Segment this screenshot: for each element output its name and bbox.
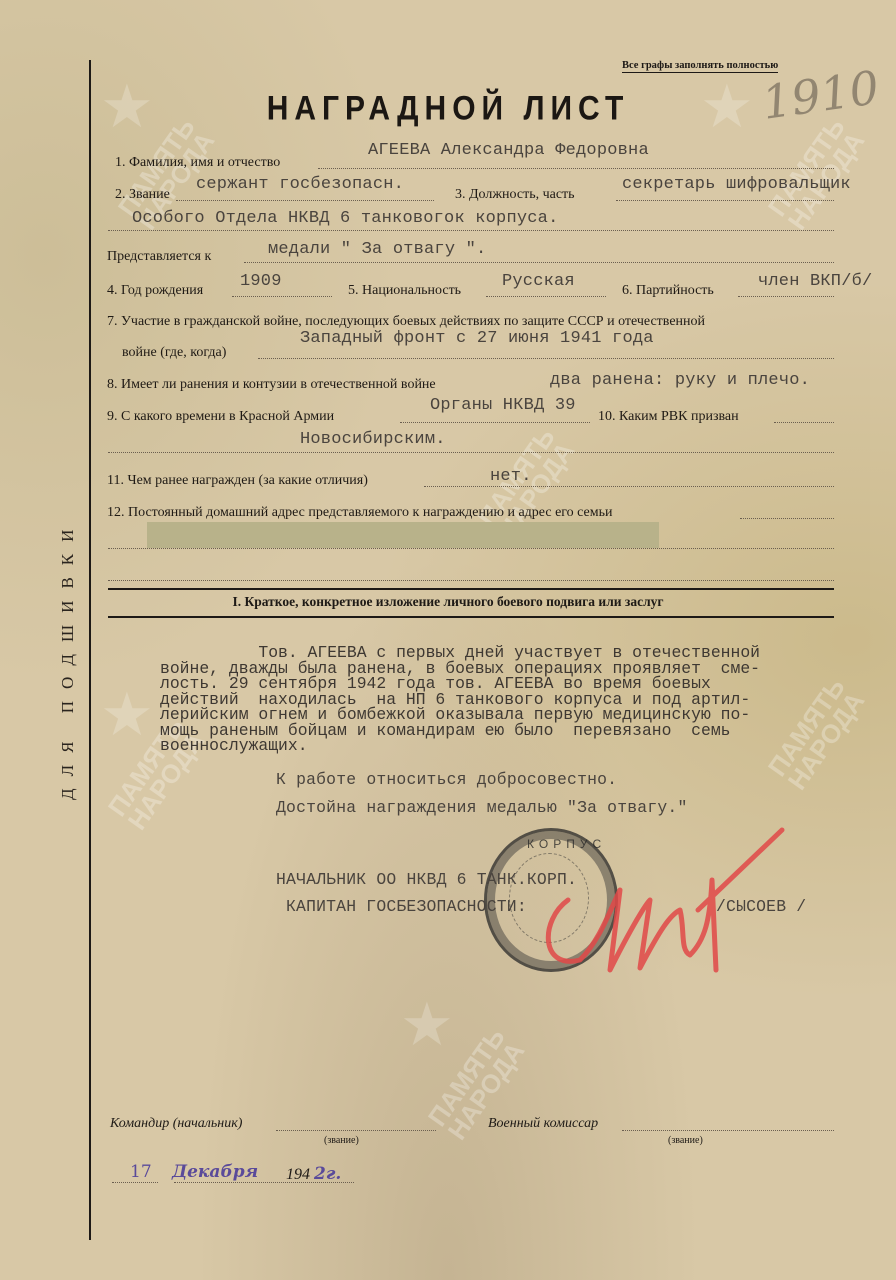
field-5-value: Русская (502, 272, 575, 291)
field-9-label: 9. С какого времени в Красной Армии (107, 409, 334, 425)
commissar-label: Военный комиссар (488, 1116, 598, 1132)
field-5-label: 5. Национальность (348, 283, 461, 299)
field-3-value-cont: Особого Отдела НКВД 6 танковогок корпуса… (132, 209, 558, 228)
field-1-value: АГЕЕВА Александра Федоровна (368, 141, 649, 160)
field-4-value: 1909 (240, 272, 282, 291)
section-heading: I. Краткое, конкретное изложение личного… (0, 594, 896, 610)
field-6-line (738, 296, 834, 297)
field-2-value: сержант госбезопасн. (196, 175, 404, 194)
work-attitude: К работе относиться добросовестно. (276, 770, 617, 789)
field-10-line (774, 422, 834, 423)
signer-title-2: КАПИТАН ГОСБЕЗОПАСНОСТИ: (286, 897, 527, 916)
field-3-line (616, 200, 834, 201)
field-3-line-2 (108, 230, 834, 231)
field-3-label: 3. Должность, часть (455, 187, 575, 203)
watermark: ПАМЯТЬ НАРОДА (764, 674, 868, 794)
redacted-address (147, 522, 659, 548)
date-month: Декабря (172, 1162, 258, 1182)
binding-label: ДЛЯ ПОДШИВКИ (58, 518, 78, 800)
field-11-label: 11. Чем ранее награжден (за какие отличи… (107, 473, 368, 489)
watermark-star-icon: ★ (400, 990, 454, 1060)
field-12-line-2 (108, 548, 834, 549)
signature (520, 820, 800, 990)
field-7-value: Западный фронт с 27 июня 1941 года (300, 329, 654, 348)
field-2-label: 2. Звание (115, 187, 170, 203)
commander-line (276, 1130, 436, 1131)
section-rule-top (108, 588, 834, 590)
date-day: 17 (130, 1162, 152, 1182)
field-10-line-2 (108, 452, 834, 453)
field-3-value: секретарь шифровальщик (622, 175, 851, 194)
field-9-line (400, 422, 590, 423)
field-4-label: 4. Год рождения (107, 283, 203, 299)
field-11-value: нет. (490, 467, 532, 486)
field-6-label: 6. Партийность (622, 283, 714, 299)
watermark: ПАМЯТЬ НАРОДА (764, 114, 868, 234)
nominated-line (244, 262, 834, 263)
field-5-line (486, 296, 606, 297)
nominated-value: медали " За отвагу ". (268, 240, 486, 259)
field-10-value: Новосибирским. (300, 430, 446, 449)
nominated-label: Представляется к (107, 249, 211, 265)
fill-instruction-note: Все графы заполнять полностью (622, 60, 778, 73)
field-7-label-2: войне (где, когда) (122, 345, 226, 361)
field-7-label: 7. Участие в гражданской войне, последую… (107, 314, 705, 330)
document-title: НАГРАДНОЙ ЛИСТ (0, 89, 896, 128)
field-2-line (176, 200, 434, 201)
field-8-value: два ранена: руку и плечо. (550, 371, 810, 390)
field-7-line (258, 358, 834, 359)
field-1-line (318, 168, 834, 169)
commissar-rank-caption: (звание) (668, 1135, 703, 1146)
binding-margin-line (89, 60, 91, 1240)
commissar-line (622, 1130, 834, 1131)
merit-description: Тов. АГЕЕВА с первых дней участвует в от… (160, 645, 760, 754)
field-12-label: 12. Постоянный домашний адрес представля… (107, 505, 613, 521)
field-8-label: 8. Имеет ли ранения и контузии в отечест… (107, 377, 436, 393)
field-11-line (424, 486, 834, 487)
section-rule-bottom (108, 616, 834, 618)
date-year-suffix: 2г. (314, 1164, 341, 1184)
commander-label: Командир (начальник) (110, 1116, 242, 1132)
field-1-label: 1. Фамилия, имя и отчество (115, 155, 280, 171)
field-4-line (232, 296, 332, 297)
field-10-label: 10. Каким РВК призван (598, 409, 739, 425)
field-12-line-3 (108, 580, 834, 581)
commander-rank-caption: (звание) (324, 1135, 359, 1146)
recommendation-conclusion: Достойна награждения медалью "За отвагу.… (276, 798, 687, 817)
field-6-value: член ВКП/б/ (758, 272, 872, 291)
field-9-value: Органы НКВД 39 (430, 396, 576, 415)
date-year-prefix: 194 (286, 1166, 310, 1184)
field-12-line (740, 518, 834, 519)
